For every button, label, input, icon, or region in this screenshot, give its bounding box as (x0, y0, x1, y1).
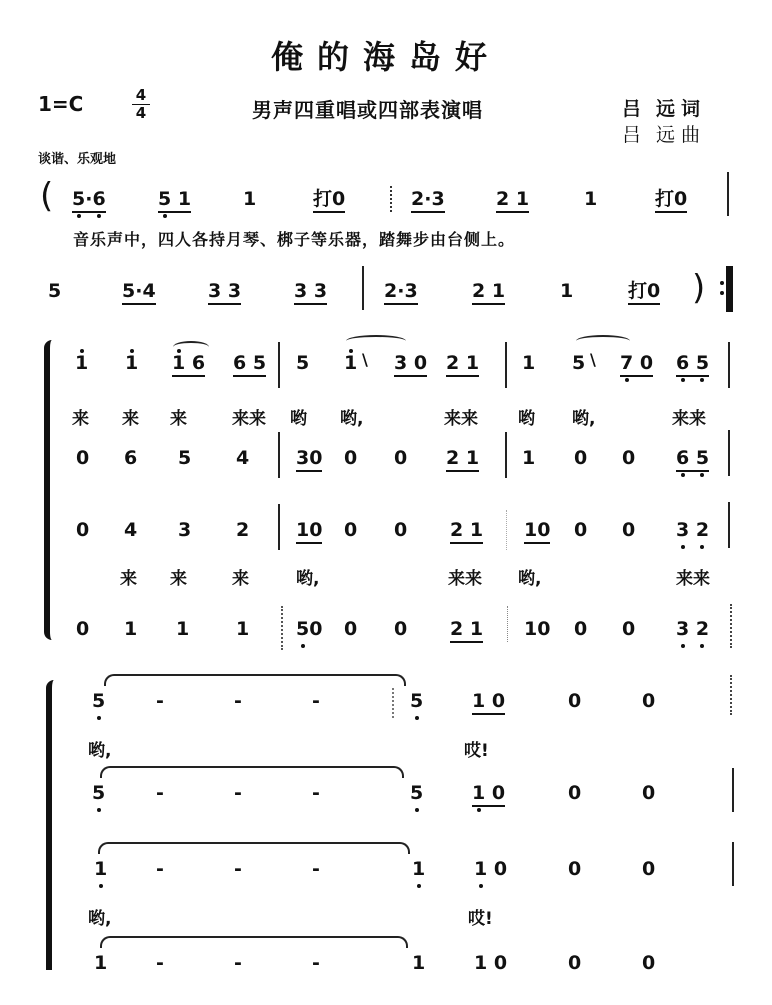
barline (730, 604, 732, 648)
lyric: 来 (232, 564, 249, 589)
voice3-note: 10 (524, 519, 550, 544)
voice3-note: 0 (568, 858, 581, 880)
voice2-dash: - (312, 782, 320, 804)
voice2-note: 0 (394, 447, 407, 469)
voice2-note: 1 0 (472, 782, 505, 807)
voice1-note: 1 0 (472, 690, 505, 715)
slur (346, 335, 406, 347)
voice4-note: 3 2 (676, 618, 709, 640)
barline (505, 432, 507, 478)
lyric: 来来 (448, 564, 482, 589)
tie (104, 674, 406, 686)
voice3-note: 0 (622, 519, 635, 541)
voice4-note: 1 0 (474, 952, 507, 974)
lyric: 哟, (296, 564, 319, 589)
intro-note: 2·3 (411, 188, 445, 213)
voice1-note: 1 (75, 352, 88, 374)
voice1-note: 5 (296, 352, 309, 374)
lyric: 哎! (468, 904, 493, 929)
intro-note: 打0 (655, 188, 687, 213)
barline (727, 172, 729, 216)
barline (728, 342, 730, 388)
voice4-dash: - (156, 952, 164, 974)
glissando-mark: \ (590, 350, 596, 369)
voice4-note: 0 (642, 952, 655, 974)
voice2-note: 0 (76, 447, 89, 469)
voice3-note: 0 (574, 519, 587, 541)
intro-note: 2 1 (496, 188, 529, 213)
barline (732, 768, 734, 812)
voice3-note: 4 (124, 519, 137, 541)
barline (730, 675, 732, 715)
lyric: 哟, (518, 564, 541, 589)
lyric: 来来 (232, 404, 266, 429)
intro-note: 2·3 (384, 280, 418, 305)
voice3-note: 0 (642, 858, 655, 880)
intro-note: 5·4 (122, 280, 156, 305)
voice2-note: 0 (568, 782, 581, 804)
glissando-mark: \ (362, 350, 368, 369)
voice3-note: 1 (94, 858, 107, 880)
time-sig-bottom: 4 (132, 106, 150, 121)
lyricist-name: 吕 (622, 94, 647, 121)
intro-note: 5 1 (158, 188, 191, 213)
composer-role: 远曲 (656, 120, 706, 147)
voice4-note: 0 (344, 618, 357, 640)
barline (728, 502, 730, 548)
voice2-note: 6 5 (676, 447, 709, 472)
lyric: 哟 (290, 404, 307, 429)
voice3-note: 10 (296, 519, 322, 544)
voice1-note: 1 (125, 352, 138, 374)
voice4-note: 2 1 (450, 618, 483, 643)
intro-note: 打0 (313, 188, 345, 213)
voice3-note: 3 (178, 519, 191, 541)
voice3-dash: - (156, 858, 164, 880)
key-signature: 1=C (38, 92, 83, 116)
voice4-note: 1 (176, 618, 189, 640)
voice1-note: 1 (522, 352, 535, 374)
intro-note: 5·6 (72, 188, 106, 213)
voice3-note: 3 2 (676, 519, 709, 541)
voice4-note: 0 (574, 618, 587, 640)
system-brace (44, 340, 56, 640)
voice2-note: 4 (236, 447, 249, 469)
voice2-note: 5 (92, 782, 105, 804)
voice4-note: 1 (124, 618, 137, 640)
voice1-dash: - (312, 690, 320, 712)
composer-name: 吕 (622, 120, 647, 147)
voice1-dash: - (156, 690, 164, 712)
barline (362, 266, 364, 310)
open-paren: ( (40, 176, 53, 216)
voice2-note: 30 (296, 447, 322, 472)
voice1-note: 6 5 (676, 352, 709, 377)
voice2-note: 0 (574, 447, 587, 469)
voice4-note: 0 (76, 618, 89, 640)
voice4-note: 0 (568, 952, 581, 974)
time-sig-top: 4 (132, 88, 150, 103)
voice2-note: 6 (124, 447, 137, 469)
voice4-dash: - (312, 952, 320, 974)
lyricist-role: 远词 (656, 94, 706, 121)
repeat-dot (720, 291, 724, 295)
lyric: 哟 (518, 404, 535, 429)
voice1-note: 3 0 (394, 352, 427, 377)
barline (278, 342, 280, 388)
close-paren: ) (692, 268, 705, 308)
voice4-note: 1 (94, 952, 107, 974)
intro-note: 打0 (628, 280, 660, 305)
voice3-dash: - (234, 858, 242, 880)
intro-note: 1 (243, 188, 256, 210)
voice3-note: 0 (344, 519, 357, 541)
lyric: 哎! (464, 736, 489, 761)
subtitle: 男声四重唱或四部表演唱 (252, 94, 483, 123)
lyric: 来 (170, 404, 187, 429)
tempo-marking: 谈谐、乐观地 (38, 148, 116, 167)
voice2-note: 0 (622, 447, 635, 469)
lyric: 哟, (340, 404, 363, 429)
voice2-dash: - (156, 782, 164, 804)
barline (281, 606, 283, 650)
voice2-note: 0 (642, 782, 655, 804)
barline (732, 842, 734, 886)
voice4-note: 1 (412, 952, 425, 974)
lyric: 来 (120, 564, 137, 589)
barline (278, 504, 280, 550)
stage-direction: 音乐声中，四人各持月琴、梆子等乐器，踏舞步由台侧上。 (73, 227, 515, 250)
intro-note: 1 (560, 280, 573, 302)
voice1-note: 7 0 (620, 352, 653, 377)
repeat-end-barline (726, 266, 733, 312)
lyric: 哟, (572, 404, 595, 429)
lyric: 来 (72, 404, 89, 429)
barline (390, 186, 392, 212)
voice1-note: 2 1 (446, 352, 479, 377)
intro-note: 3 3 (294, 280, 327, 305)
voice2-note: 1 (522, 447, 535, 469)
lyric: 来来 (672, 404, 706, 429)
barline (392, 688, 394, 718)
voice1-note: 0 (568, 690, 581, 712)
repeat-dot (720, 281, 724, 285)
barline (278, 432, 280, 478)
intro-note: 3 3 (208, 280, 241, 305)
voice4-note: 10 (524, 618, 550, 640)
lyric: 哟, (88, 904, 111, 929)
lyric: 来来 (676, 564, 710, 589)
barline (505, 342, 507, 388)
voice1-note: 6 5 (233, 352, 266, 377)
voice2-note: 5 (410, 782, 423, 804)
voice3-dash: - (312, 858, 320, 880)
voice4-note: 50 (296, 618, 322, 640)
voice4-dash: - (234, 952, 242, 974)
lyric: 来来 (444, 404, 478, 429)
song-title: 俺的海岛好 (0, 32, 772, 78)
slur (576, 335, 630, 347)
voice3-note: 1 0 (474, 858, 507, 880)
voice3-note: 1 (412, 858, 425, 880)
lyric: 哟, (88, 736, 111, 761)
voice1-note: 1 6 (172, 352, 205, 377)
intro-note: 5 (48, 280, 61, 302)
time-signature: 4 4 (132, 88, 150, 121)
voice3-note: 0 (76, 519, 89, 541)
voice4-note: 0 (622, 618, 635, 640)
voice4-note: 0 (394, 618, 407, 640)
voice1-note: 5 (410, 690, 423, 712)
lyric: 来 (170, 564, 187, 589)
intro-note: 2 1 (472, 280, 505, 305)
voice3-note: 2 1 (450, 519, 483, 544)
voice2-note: 0 (344, 447, 357, 469)
voice3-note: 2 (236, 519, 249, 541)
voice1-note: 1 (344, 352, 357, 374)
tie (100, 766, 404, 778)
voice1-note: 0 (642, 690, 655, 712)
barline (507, 606, 508, 642)
voice1-dash: - (234, 690, 242, 712)
tie (100, 936, 408, 948)
voice1-note: 5 (572, 352, 585, 374)
tie (98, 842, 410, 854)
voice2-dash: - (234, 782, 242, 804)
voice4-note: 1 (236, 618, 249, 640)
intro-note: 1 (584, 188, 597, 210)
voice1-note: 5 (92, 690, 105, 712)
lyric: 来 (122, 404, 139, 429)
system-brace (46, 680, 58, 970)
voice2-note: 5 (178, 447, 191, 469)
barline (506, 510, 507, 550)
voice2-note: 2 1 (446, 447, 479, 472)
barline (728, 430, 730, 476)
voice3-note: 0 (394, 519, 407, 541)
